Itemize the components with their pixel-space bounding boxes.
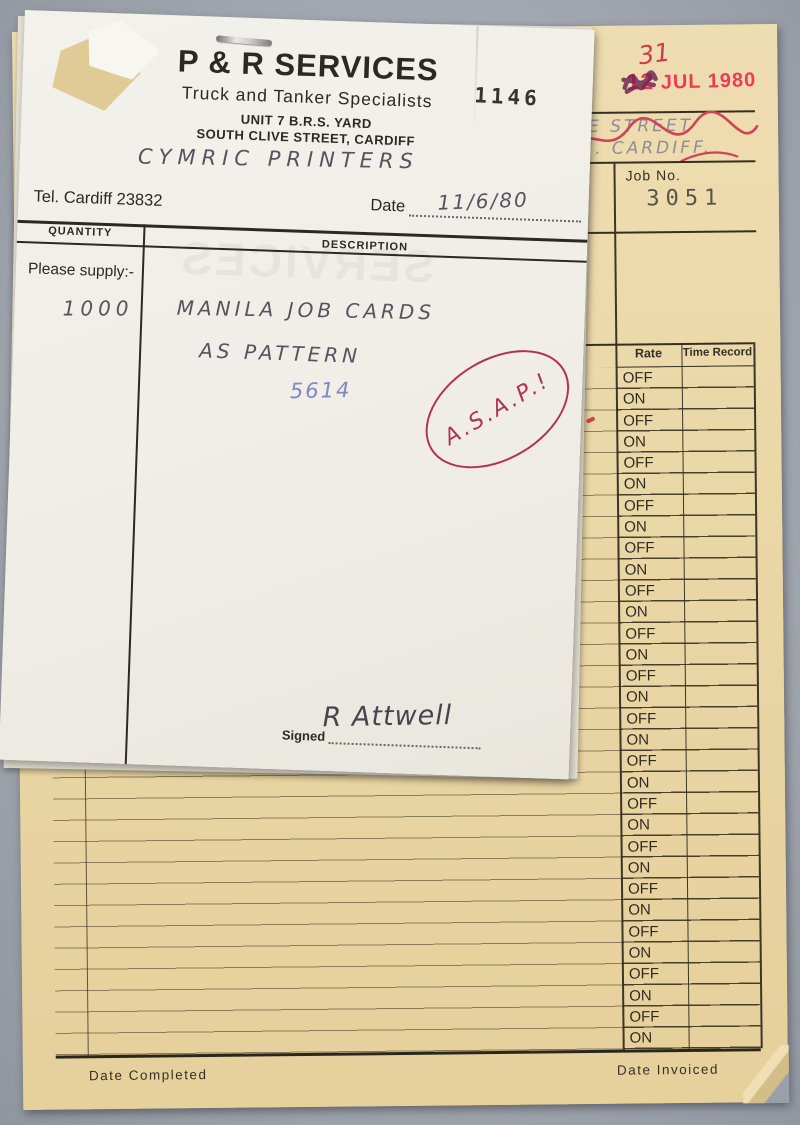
rate-row: OFF xyxy=(623,1006,687,1028)
rate-column-header: Rate xyxy=(615,346,681,361)
rate-row: ON xyxy=(622,857,686,879)
rate-row: OFF xyxy=(618,495,682,517)
asap-stamp: A.S.A.P.! xyxy=(404,326,590,493)
rate-row: ON xyxy=(621,814,685,836)
rate-row: ON xyxy=(619,559,683,581)
rate-row: ON xyxy=(621,772,685,794)
rate-row: OFF xyxy=(618,537,682,559)
rate-row: OFF xyxy=(622,878,686,900)
rate-row: ON xyxy=(620,686,684,708)
date-label: Date xyxy=(370,196,405,215)
date-row: Date 11/6/80 xyxy=(370,193,582,222)
rate-row: ON xyxy=(623,942,687,964)
rate-row: OFF xyxy=(620,708,684,730)
rate-row: ON xyxy=(617,431,681,453)
rate-row: ON xyxy=(617,388,681,410)
signature-handwritten: R Attwell xyxy=(322,700,452,733)
rate-row: ON xyxy=(620,729,684,751)
rate-row: OFF xyxy=(619,580,683,602)
rate-row: OFF xyxy=(621,750,685,772)
rate-row: OFF xyxy=(621,793,685,815)
rate-row: ON xyxy=(624,1027,688,1049)
date-dotted-line: 11/6/80 xyxy=(409,195,582,223)
rate-row: ON xyxy=(623,985,687,1007)
folded-corner xyxy=(743,1045,790,1103)
time-record-column-header: Time Record xyxy=(681,346,753,359)
job-no-value: 3051 xyxy=(624,185,746,211)
rate-row: OFF xyxy=(620,665,684,687)
signed-label: Signed xyxy=(282,727,326,744)
rate-row: OFF xyxy=(617,367,681,389)
quantity-column-header: QUANTITY xyxy=(17,224,143,240)
job-no-label: Job No. xyxy=(625,167,680,184)
pattern-number-handwritten: 5614 xyxy=(290,378,352,403)
description-line-1: MANILA JOB CARDS xyxy=(177,296,436,325)
date-stamp-month-year: JUL 1980 xyxy=(660,69,756,94)
rate-row: OFF xyxy=(622,921,686,943)
rate-row: ON xyxy=(619,601,683,623)
rate-row: OFF xyxy=(623,963,687,985)
rate-row: OFF xyxy=(619,623,683,645)
date-completed-label: Date Completed xyxy=(89,1067,208,1083)
form-number-stamp: 1146 xyxy=(474,83,542,110)
scribble-overlay-icon xyxy=(620,63,659,98)
order-form: SERVICES P & R SERVICES Truck and Tanker… xyxy=(0,10,595,779)
rate-row: OFF xyxy=(617,452,681,474)
telephone: Tel. Cardiff 23832 xyxy=(33,187,163,210)
rate-row: OFF xyxy=(617,410,681,432)
quantity-value-handwritten: 1000 xyxy=(63,297,134,321)
description-line-2: AS PATTERN xyxy=(199,338,362,368)
date-stamp-day: 12 xyxy=(626,68,654,96)
rate-row: ON xyxy=(618,516,682,538)
please-supply-label: Please supply:- xyxy=(28,260,135,282)
rate-row: ON xyxy=(619,644,683,666)
rate-row: OFF xyxy=(621,836,685,858)
date-value-handwritten: 11/6/80 xyxy=(438,188,530,215)
asap-stamp-text: A.S.A.P.! xyxy=(440,368,555,451)
rate-row: ON xyxy=(622,899,686,921)
rate-row: ON xyxy=(618,474,682,496)
date-invoiced-label: Date Invoiced xyxy=(617,1062,719,1078)
rate-rows: OFFONOFFONOFFONOFFONOFFONOFFONOFFONOFFON… xyxy=(617,367,688,1049)
customer-name-handwritten: CYMRIC PRINTERS xyxy=(138,144,419,173)
date-stamp: 12 JUL 1980 xyxy=(626,65,756,96)
scanned-document-scene: 31 12 JUL 1980 E STREET N. CARDIFF. Job … xyxy=(0,0,800,1125)
